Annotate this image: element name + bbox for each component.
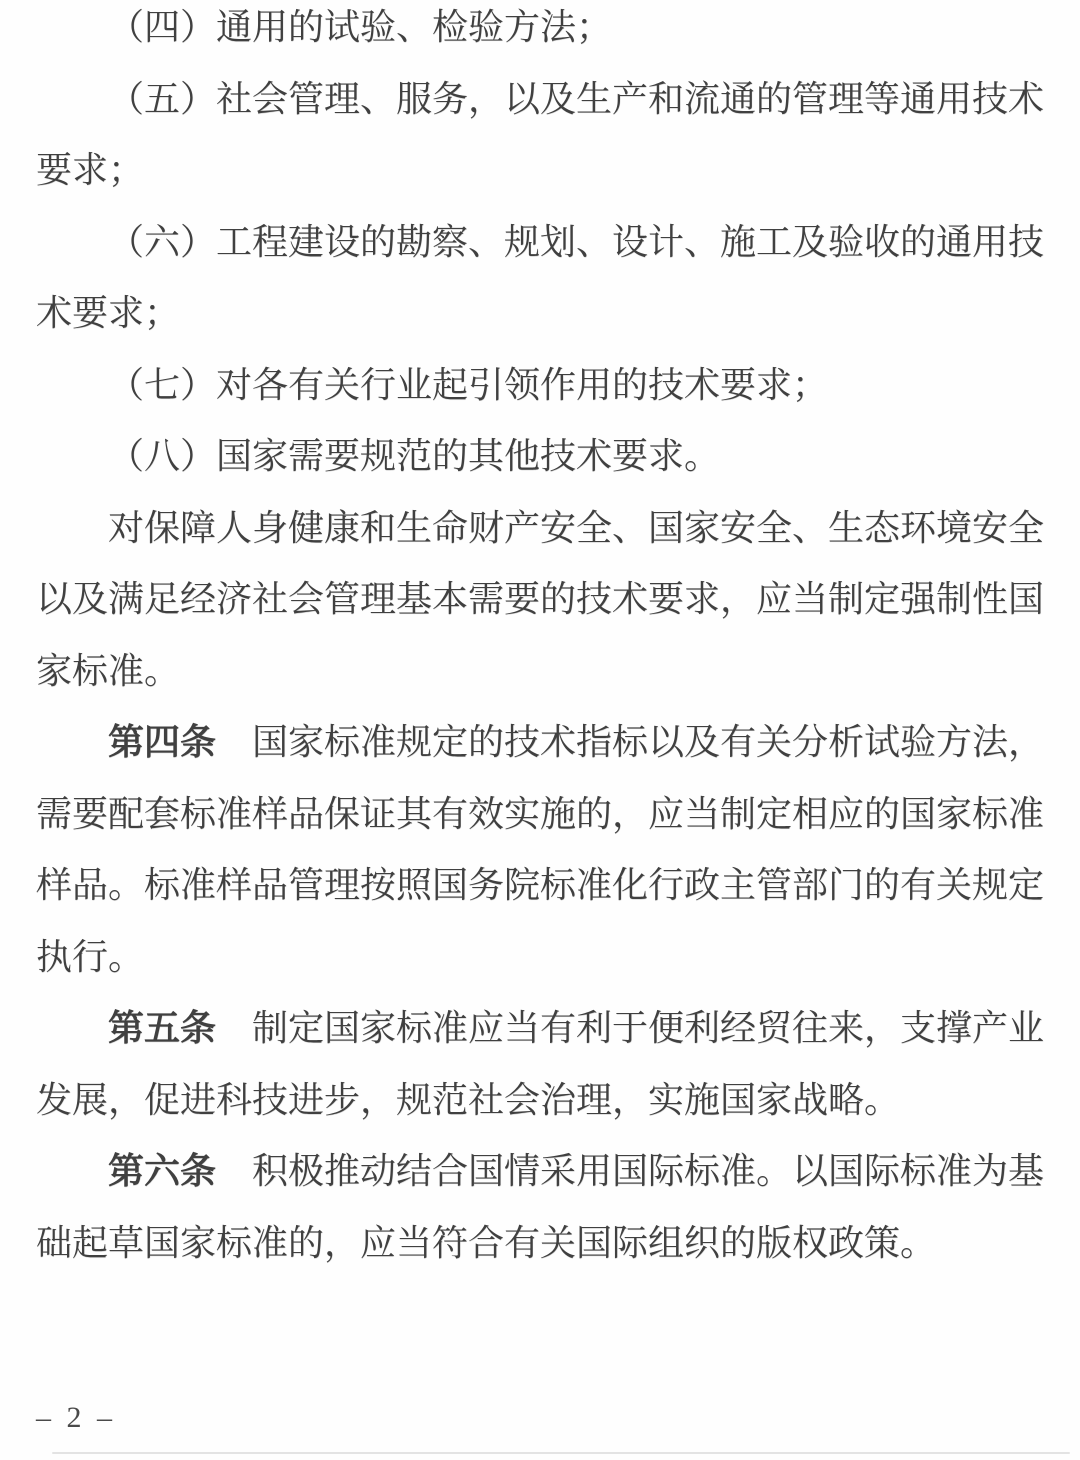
text-line: （七）对各有关行业起引领作用的技术要求；	[36, 350, 1044, 422]
text-line: （五）社会管理、服务，以及生产和流通的管理等通用技术	[36, 64, 1044, 136]
text-line: 家标准。	[36, 636, 1044, 708]
text-line: 第六条 积极推动结合国情采用国际标准。以国际标准为基	[36, 1136, 1044, 1208]
page-bottom-edge	[52, 1452, 1070, 1454]
text-line: 以及满足经济社会管理基本需要的技术要求，应当制定强制性国	[36, 564, 1044, 636]
article-text: 制定国家标准应当有利于便利经贸往来，支撑产业	[216, 1008, 1044, 1048]
page-number: – 2 –	[36, 1398, 116, 1438]
text-line: 需要配套标准样品保证其有效实施的，应当制定相应的国家标准	[36, 779, 1044, 851]
text-line: 执行。	[36, 922, 1044, 994]
text-line: 要求；	[36, 135, 1044, 207]
document-body: （四）通用的试验、检验方法；（五）社会管理、服务，以及生产和流通的管理等通用技术…	[36, 0, 1044, 1279]
text-line: （八）国家需要规范的其他技术要求。	[36, 421, 1044, 493]
article-number: 第五条	[108, 1008, 216, 1048]
text-line: 发展，促进科技进步，规范社会治理，实施国家战略。	[36, 1065, 1044, 1137]
text-line: 样品。标准样品管理按照国务院标准化行政主管部门的有关规定	[36, 850, 1044, 922]
article-text: 积极推动结合国情采用国际标准。以国际标准为基	[216, 1151, 1044, 1191]
text-line: 术要求；	[36, 278, 1044, 350]
text-line: 对保障人身健康和生命财产安全、国家安全、生态环境安全	[36, 493, 1044, 565]
text-line: （四）通用的试验、检验方法；	[36, 0, 1044, 64]
text-line: 础起草国家标准的，应当符合有关国际组织的版权政策。	[36, 1208, 1044, 1280]
text-line: 第五条 制定国家标准应当有利于便利经贸往来，支撑产业	[36, 993, 1044, 1065]
text-line: 第四条 国家标准规定的技术指标以及有关分析试验方法，	[36, 707, 1044, 779]
document-page: （四）通用的试验、检验方法；（五）社会管理、服务，以及生产和流通的管理等通用技术…	[0, 0, 1080, 1460]
article-number: 第六条	[108, 1151, 216, 1191]
text-line: （六）工程建设的勘察、规划、设计、施工及验收的通用技	[36, 207, 1044, 279]
article-text: 国家标准规定的技术指标以及有关分析试验方法，	[216, 722, 1044, 762]
article-number: 第四条	[108, 722, 216, 762]
